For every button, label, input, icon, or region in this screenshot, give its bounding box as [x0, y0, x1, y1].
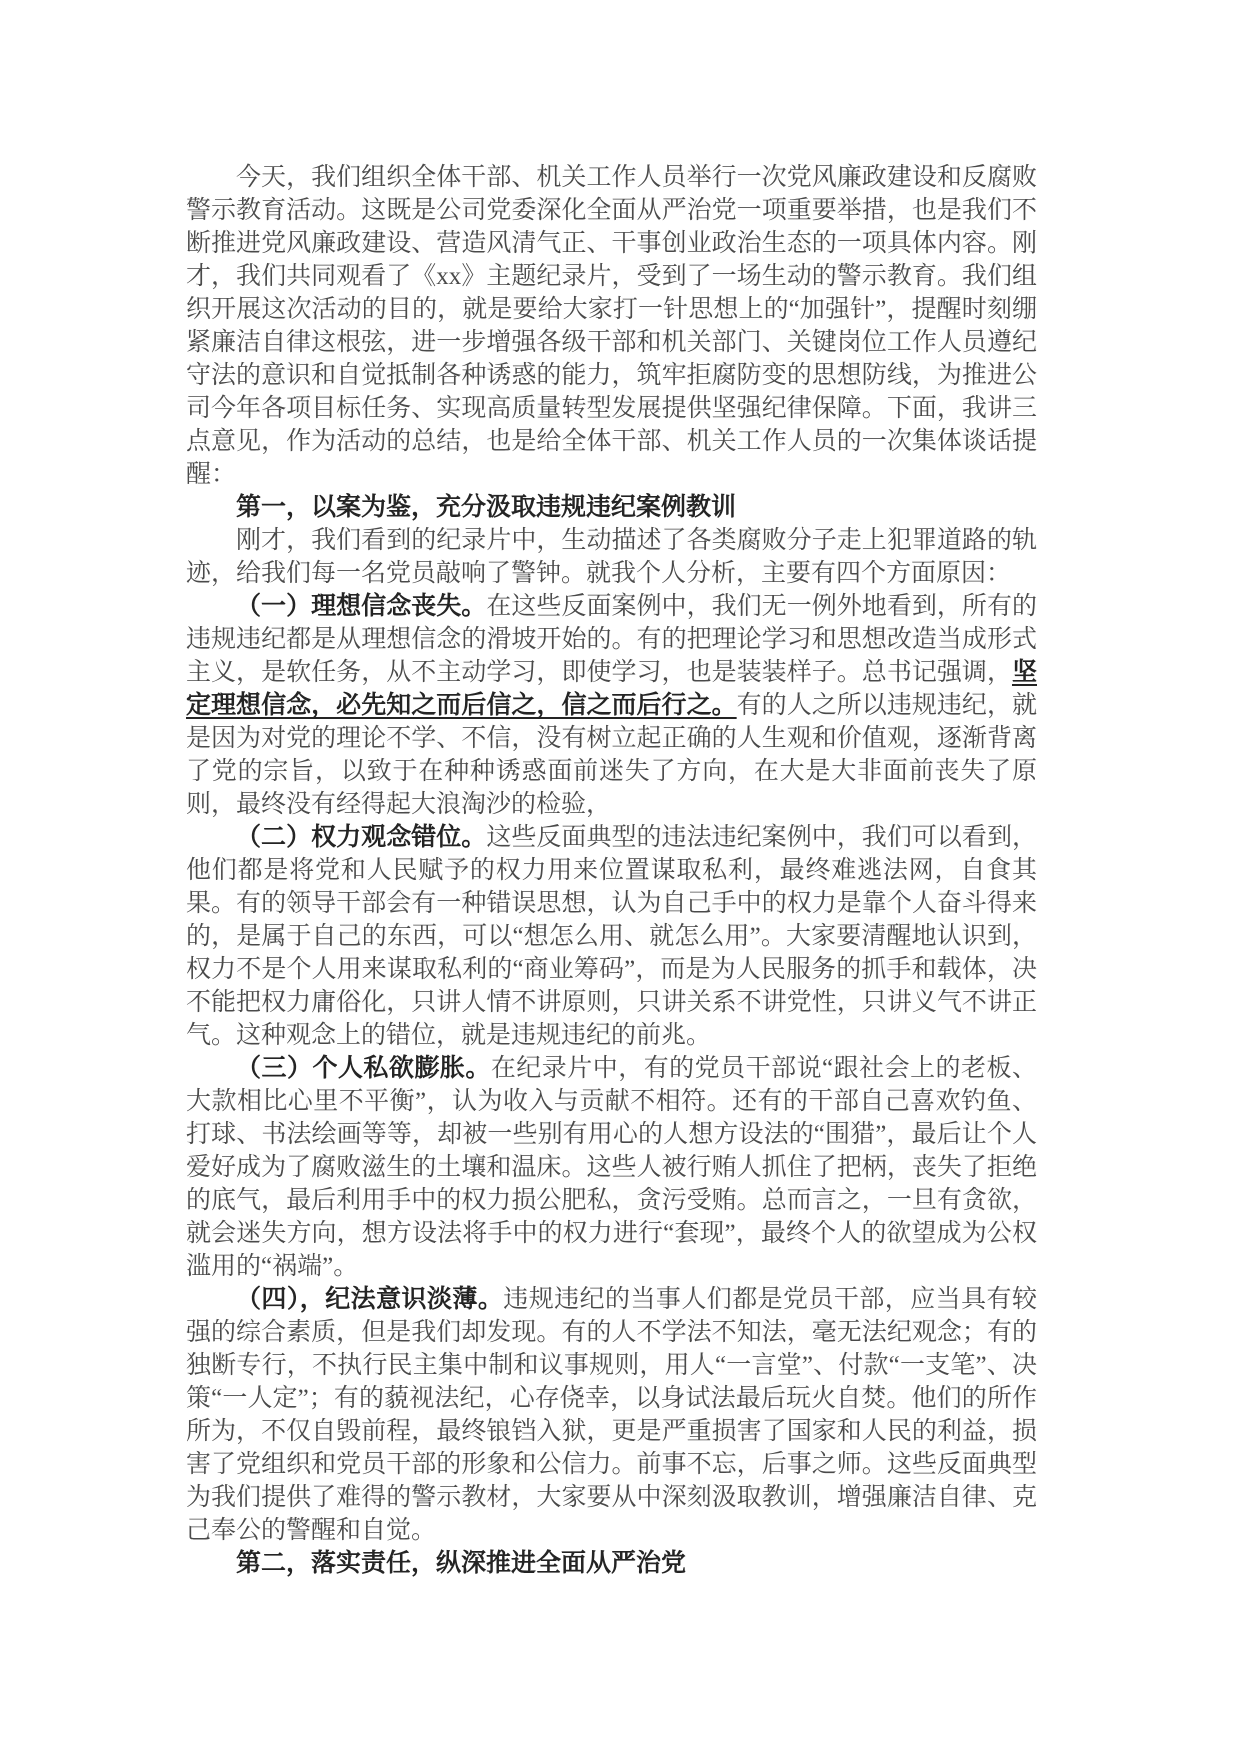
section-heading: 第一，以案为鉴，充分汲取违规违纪案例教训	[186, 491, 1037, 524]
section-heading: 第二，落实责任，纵深推进全面从严治党	[186, 1547, 1037, 1580]
body-paragraph: （一）理想信念丧失。在这些反面案例中，我们无一例外地看到，所有的违规违纪都是从理…	[186, 590, 1037, 821]
document-text: 今天，我们组织全体干部、机关工作人员举行一次党风廉政建设和反腐败警示教育活动。这…	[186, 0, 1037, 1580]
emphasis-bold-run: （四），纪法意识淡薄。	[236, 1285, 503, 1313]
emphasis-bold-run: （二）权力观念错位。	[236, 823, 486, 851]
emphasis-bold-run: 第二，落实责任，纵深推进全面从严治党	[236, 1549, 686, 1577]
emphasis-bold-run: （一）理想信念丧失。	[236, 592, 486, 620]
body-paragraph: 刚才，我们看到的纪录片中，生动描述了各类腐败分子走上犯罪道路的轨迹，给我们每一名…	[186, 524, 1037, 590]
text-run: 这些反面典型的违法违纪案例中，我们可以看到，他们都是将党和人民赋予的权力用来位置…	[186, 824, 1037, 1049]
page: 今天，我们组织全体干部、机关工作人员举行一次党风廉政建设和反腐败警示教育活动。这…	[0, 0, 1240, 1754]
emphasis-bold-run: （三）个人私欲膨胀。	[236, 1054, 491, 1082]
text-run: 在纪录片中，有的党员干部说“跟社会上的老板、大款相比心里不平衡”，认为收入与贡献…	[186, 1055, 1037, 1280]
body-paragraph: （三）个人私欲膨胀。在纪录片中，有的党员干部说“跟社会上的老板、大款相比心里不平…	[186, 1052, 1037, 1283]
body-paragraph: 今天，我们组织全体干部、机关工作人员举行一次党风廉政建设和反腐败警示教育活动。这…	[186, 161, 1037, 491]
emphasis-bold-run: 第一，以案为鉴，充分汲取违规违纪案例教训	[236, 493, 736, 521]
body-paragraph: （二）权力观念错位。这些反面典型的违法违纪案例中，我们可以看到，他们都是将党和人…	[186, 821, 1037, 1052]
document-canvas: { "page": { "background_color": "#ffffff…	[0, 0, 1240, 1754]
text-run: 今天，我们组织全体干部、机关工作人员举行一次党风廉政建设和反腐败警示教育活动。这…	[186, 164, 1037, 488]
text-run: 刚才，我们看到的纪录片中，生动描述了各类腐败分子走上犯罪道路的轨迹，给我们每一名…	[186, 527, 1037, 587]
text-run: 违规违纪的当事人们都是党员干部，应当具有较强的综合素质，但是我们却发现。有的人不…	[186, 1286, 1037, 1544]
body-paragraph: （四），纪法意识淡薄。违规违纪的当事人们都是党员干部，应当具有较强的综合素质，但…	[186, 1283, 1037, 1547]
